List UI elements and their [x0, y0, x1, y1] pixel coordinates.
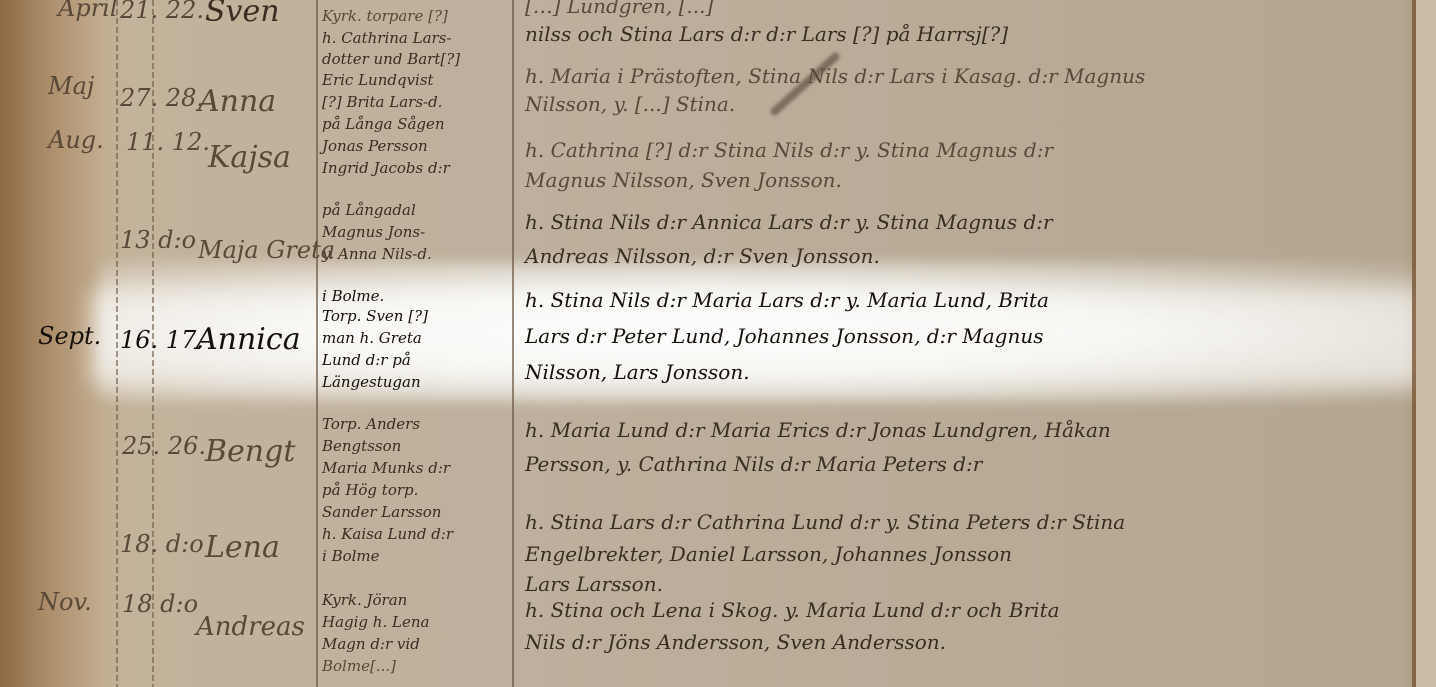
entry-dates: 18. d:o [120, 530, 204, 558]
entry-month: Nov. [38, 588, 92, 616]
entry-child-name: Lena [205, 530, 280, 565]
entry-parents-line: Jonas Persson [322, 136, 428, 157]
entry-parents-line: i Bolme [322, 546, 380, 567]
entry-child-name: Maja Greta [198, 236, 335, 264]
entry-sponsors-line: Lars Larsson. [525, 572, 663, 596]
entry-child-name: Anna [198, 84, 276, 119]
entry-parents-line: Ingrid Jacobs d:r [322, 158, 450, 179]
entry-child-name: Bengt [205, 434, 295, 469]
entry-dates: 11. 12. [126, 128, 210, 156]
register-page: April 21. 22. Sven Kyrk. torpare [?] h. … [0, 0, 1436, 687]
entry-parents-line: Sander Larsson [322, 502, 441, 523]
entry-parents-line: Maria Munks d:r [322, 458, 450, 479]
entry-dates: 13 d:o [120, 226, 196, 254]
entry-parents-line: y. Anna Nils-d. [322, 244, 432, 265]
column-rule-name [316, 0, 318, 687]
entry-month: Sept. [38, 322, 101, 350]
facing-page-edge [1416, 0, 1436, 687]
entry-parents-line: man h. Greta [322, 328, 422, 349]
entry-parents-line: Kyrk. torpare [?] [322, 6, 448, 27]
entry-parents-line: Bolme[...] [322, 656, 396, 677]
entry-sponsors-line: h. Cathrina [?] d:r Stina Nils d:r y. St… [525, 138, 1053, 162]
entry-dates: 16. 17. [120, 326, 204, 354]
entry-sponsors-line: h. Stina Nils d:r Maria Lars d:r y. Mari… [525, 288, 1049, 312]
entry-sponsors-line: Nilsson, Lars Jonsson. [525, 360, 750, 384]
entry-sponsors-line: Nilsson, y. [...] Stina. [525, 92, 735, 116]
entry-sponsors-line: Nils d:r Jöns Andersson, Sven Andersson. [525, 630, 946, 654]
entry-sponsors-line: h. Stina och Lena i Skog. y. Maria Lund … [525, 598, 1060, 622]
entry-parents-line: Hagig h. Lena [322, 612, 429, 633]
entry-parents-line: dotter und Bart[?] [322, 49, 460, 70]
entry-sponsors-line: […] Lundgren, [...] [525, 0, 713, 18]
entry-parents-line: Längestugan [322, 372, 421, 393]
entry-child-name: Sven [205, 0, 280, 29]
entry-parents-line: [?] Brita Lars-d. [322, 92, 442, 113]
entry-parents-line: på Långa Sågen [322, 114, 445, 135]
entry-child-name: Annica [196, 322, 301, 357]
entry-parents-line: på Hög torp. [322, 480, 418, 501]
entry-sponsors-line: Lars d:r Peter Lund, Johannes Jonsson, d… [525, 324, 1043, 348]
column-rule-month [116, 0, 118, 687]
entry-dates: 27. 28. [120, 84, 204, 112]
entry-parents-line: Bengtsson [322, 436, 401, 457]
entry-dates: 21. 22. [120, 0, 204, 24]
entry-parents-line: Magnus Jons- [322, 222, 425, 243]
entry-sponsors-line: Engelbrekter, Daniel Larsson, Johannes J… [525, 542, 1012, 566]
entry-month: Aug. [48, 126, 104, 154]
entry-parents-line: Torp. Sven [?] [322, 306, 428, 327]
entry-parents-line: Eric Lundqvist [322, 70, 434, 91]
entry-child-name: Andreas [196, 612, 305, 642]
entry-dates: 25. 26. [122, 432, 206, 460]
entry-dates: 18 d:o [122, 590, 198, 618]
entry-parents-line: Lund d:r på [322, 350, 411, 371]
column-rule-parents [512, 0, 514, 687]
entry-parents-line: Magn d:r vid [322, 634, 420, 655]
entry-month: Maj [48, 72, 94, 100]
entry-parents-line: h. Cathrina Lars- [322, 28, 452, 49]
entry-sponsors-line: h. Maria i Prästoften, Stina Nils d:r La… [525, 64, 1145, 88]
entry-sponsors-line: Magnus Nilsson, Sven Jonsson. [525, 168, 842, 192]
entry-parents-line: i Bolme. [322, 286, 384, 307]
entry-sponsors-line: h. Stina Nils d:r Annica Lars d:r y. Sti… [525, 210, 1053, 234]
entry-parents-line: h. Kaisa Lund d:r [322, 524, 453, 545]
entry-month: April [58, 0, 118, 22]
entry-parents-line: Torp. Anders [322, 414, 420, 435]
entry-sponsors-line: h. Stina Lars d:r Cathrina Lund d:r y. S… [525, 510, 1125, 534]
entry-sponsors-line: Persson, y. Cathrina Nils d:r Maria Pete… [525, 452, 982, 476]
entry-sponsors-line: nilss och Stina Lars d:r d:r Lars [?] på… [525, 22, 1008, 46]
entry-parents-line: Kyrk. Jöran [322, 590, 407, 611]
entry-parents-line: på Långadal [322, 200, 416, 221]
entry-child-name: Kajsa [208, 140, 291, 175]
entry-sponsors-line: Andreas Nilsson, d:r Sven Jonsson. [525, 244, 880, 268]
entry-sponsors-line: h. Maria Lund d:r Maria Erics d:r Jonas … [525, 418, 1111, 442]
